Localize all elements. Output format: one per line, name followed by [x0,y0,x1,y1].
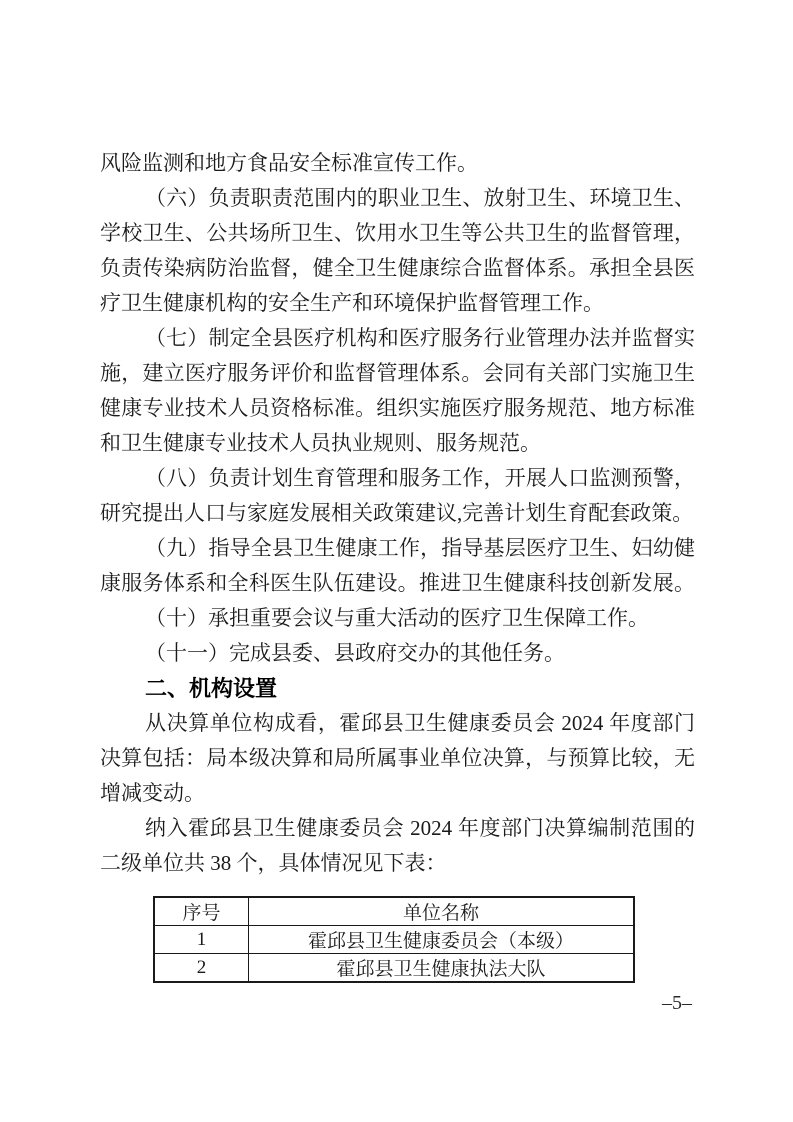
body-line: （九）指导全县卫生健康工作，指导基层医疗卫生、妇幼健 [100,531,695,566]
body-line: 健康专业技术人员资格标准。组织实施医疗服务规范、地方标准 [100,391,695,426]
body-line: 研究提出人口与家庭发展相关政策建议,完善计划生育配套政策。 [100,496,695,531]
table-cell-unit-name: 霍邱县卫生健康委员会（本级） [249,926,635,954]
body-line: 决算包括：局本级决算和局所属事业单位决算，与预算比较，无 [100,741,695,776]
table-row: 1 霍邱县卫生健康委员会（本级） [154,926,634,954]
body-line: 康服务体系和全科医生队伍建设。推进卫生健康科技创新发展。 [100,566,695,601]
body-line: 风险监测和地方食品安全标准宣传工作。 [100,146,695,181]
body-line: 纳入霍邱县卫生健康委员会 2024 年度部门决算编制范围的 [100,811,695,846]
table-header-seq: 序号 [154,897,249,926]
body-line: 和卫生健康专业技术人员执业规则、服务规范。 [100,426,695,461]
table-cell-unit-name: 霍邱县卫生健康执法大队 [249,954,635,983]
body-line: （十一）完成县委、县政府交办的其他任务。 [100,636,695,671]
body-line: 二级单位共 38 个，具体情况见下表： [100,846,695,881]
body-line: 学校卫生、公共场所卫生、饮用水卫生等公共卫生的监督管理， [100,216,695,251]
body-line: 增减变动。 [100,776,695,811]
body-line: 从决算单位构成看，霍邱县卫生健康委员会 2024 年度部门 [100,706,695,741]
unit-list-table: 序号 单位名称 1 霍邱县卫生健康委员会（本级） 2 霍邱县卫生健康执法大队 [153,896,635,983]
page-number: –5– [637,992,717,1015]
table-header-unit-name: 单位名称 [249,897,635,926]
body-line: （八）负责计划生育管理和服务工作，开展人口监测预警， [100,461,695,496]
table-row: 2 霍邱县卫生健康执法大队 [154,954,634,983]
body-line: 负责传染病防治监督，健全卫生健康综合监督体系。承担全县医 [100,251,695,286]
body-line: （六）负责职责范围内的职业卫生、放射卫生、环境卫生、 [100,181,695,216]
body-line: 施，建立医疗服务评价和监督管理体系。会同有关部门实施卫生 [100,356,695,391]
body-line: （七）制定全县医疗机构和医疗服务行业管理办法并监督实 [100,321,695,356]
section-heading: 二、机构设置 [100,671,695,706]
table-header-row: 序号 单位名称 [154,897,634,926]
body-text: 风险监测和地方食品安全标准宣传工作。 （六）负责职责范围内的职业卫生、放射卫生、… [100,146,695,881]
body-line: 疗卫生健康机构的安全生产和环境保护监督管理工作。 [100,286,695,321]
table-cell-seq: 1 [154,926,249,954]
document-page: 风险监测和地方食品安全标准宣传工作。 （六）负责职责范围内的职业卫生、放射卫生、… [0,0,793,1122]
body-line: （十）承担重要会议与重大活动的医疗卫生保障工作。 [100,601,695,636]
table-cell-seq: 2 [154,954,249,983]
